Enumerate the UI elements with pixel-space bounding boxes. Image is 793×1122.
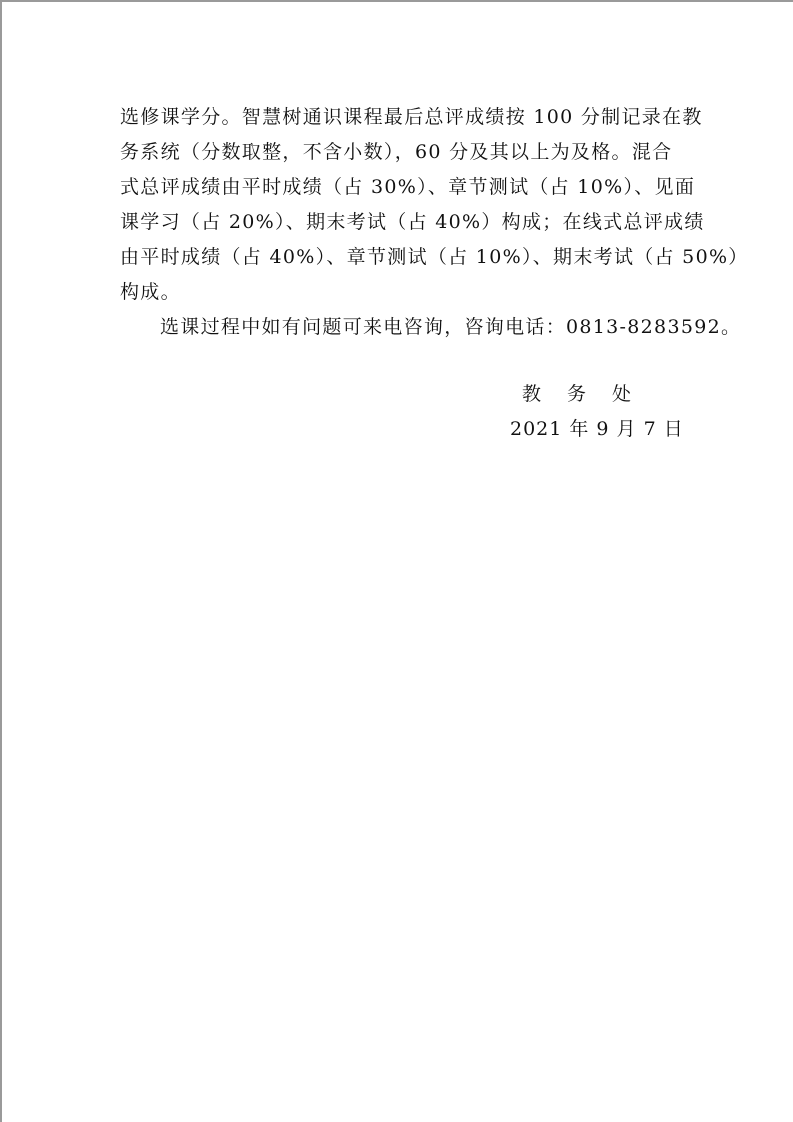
paragraph-line: 课学习（占 20%）、期末考试（占 40%）构成；在线式总评成绩 <box>120 205 680 240</box>
issue-date: 2021 年 9 月 7 日 <box>510 412 684 447</box>
paragraph-line: 由平时成绩（占 40%）、章节测试（占 10%）、期末考试（占 50%） <box>120 240 680 275</box>
document-body: 选修课学分。智慧树通识课程最后总评成绩按 100 分制记录在教 务系统（分数取整… <box>120 100 680 345</box>
issuer-signature: 教务处 <box>522 377 657 412</box>
contact-paragraph: 选课过程中如有问题可来电咨询，咨询电话：0813-8283592。 <box>120 310 680 345</box>
paragraph-line: 务系统（分数取整，不含小数），60 分及其以上为及格。混合 <box>120 135 680 170</box>
paragraph-line: 选修课学分。智慧树通识课程最后总评成绩按 100 分制记录在教 <box>120 100 680 135</box>
page-border-left <box>0 0 2 1122</box>
paragraph-line: 式总评成绩由平时成绩（占 30%）、章节测试（占 10%）、见面 <box>120 170 680 205</box>
paragraph-line: 构成。 <box>120 275 680 310</box>
page-border-top <box>0 0 793 2</box>
